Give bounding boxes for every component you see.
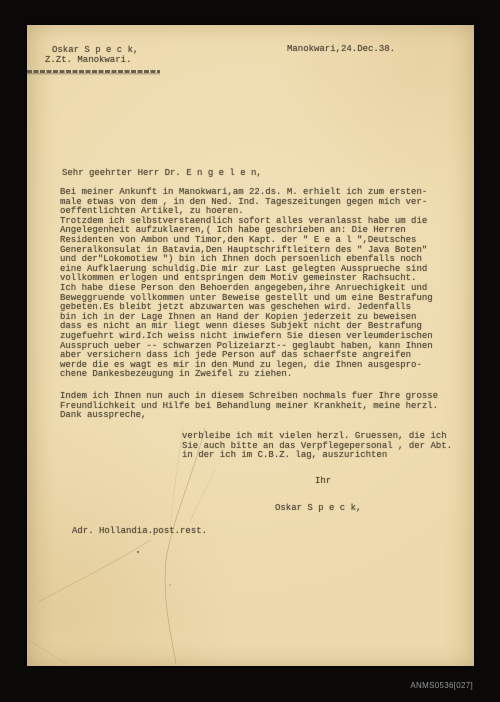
body-paragraph-2: Indem ich Ihnen nun auch in diesem Schre…: [60, 392, 438, 421]
archive-reference-label: ANMS0536[027]: [410, 681, 473, 690]
letter-page: Oskar S p e c k, Z.Zt. Manokwari. Manokw…: [27, 25, 474, 666]
closing-word: Ihr: [315, 477, 331, 487]
dateline: Manokwari,24.Dec.38.: [287, 45, 395, 55]
return-address: Adr. Hollandia.post.rest.: [72, 527, 207, 537]
sender-location: Z.Zt. Manokwari.: [45, 56, 131, 66]
signature-name: Oskar S p e c k,: [275, 504, 361, 514]
typed-underline: [27, 70, 160, 73]
photo-frame: Oskar S p e c k, Z.Zt. Manokwari. Manokw…: [0, 0, 500, 702]
closing-paragraph: verbleibe ich mit vielen herzl. Gruessen…: [182, 432, 452, 461]
salutation: Sehr geehrter Herr Dr. E n g e l e n,: [62, 169, 262, 179]
body-paragraph-1: Bei meiner Ankunft in Manokwari,am 22.ds…: [60, 188, 433, 380]
